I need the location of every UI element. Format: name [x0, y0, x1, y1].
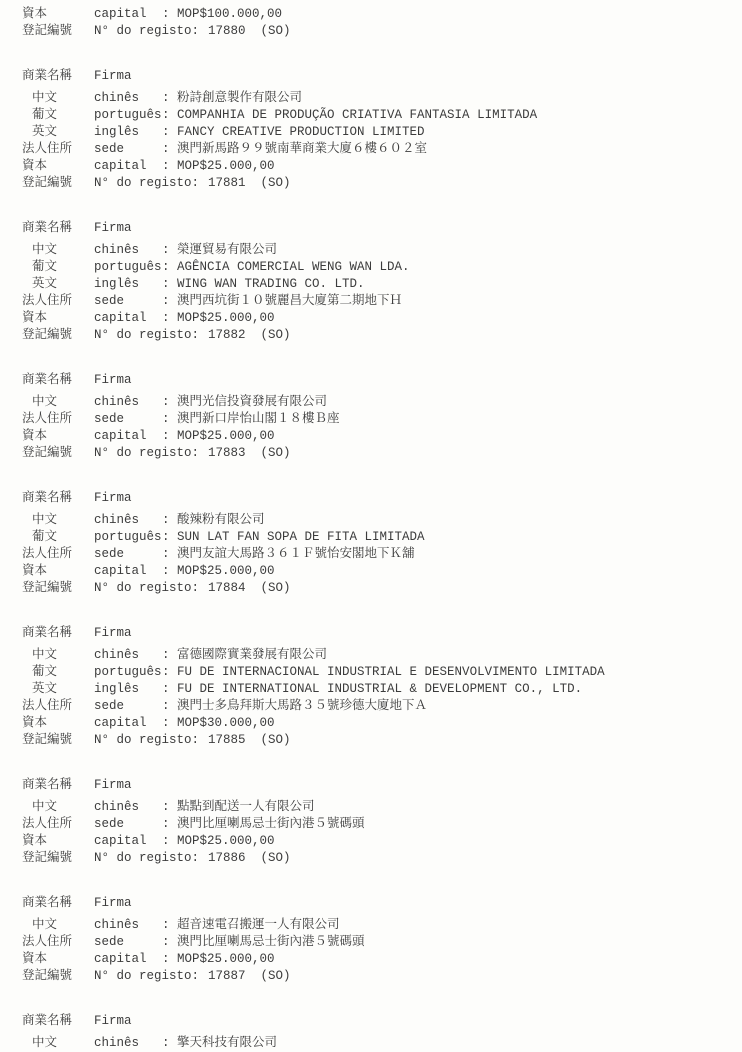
scanned-document-page: { "colors": { "paper": "#fdfdfb", "ink":… — [0, 0, 742, 1052]
field-value: MOP$30.000,00 — [162, 715, 736, 732]
field-value: FANCY CREATIVE PRODUCTION LIMITED — [162, 124, 736, 141]
registry-entry: 商業名稱 Firma 中文 chinês 超音速電召搬運一人有限公司 法人住所 … — [22, 895, 736, 985]
label-zh: 資本 — [22, 6, 94, 23]
registry-row: 中文 chinês 點點到配送一人有限公司 — [22, 799, 736, 816]
label-pt: inglês — [94, 124, 162, 141]
field-value: 超音速電召搬運一人有限公司 — [162, 917, 736, 934]
label-pt: chinês — [94, 1035, 162, 1052]
label-zh: 葡文 — [22, 107, 94, 124]
registry-entry: 資本 capital MOP$100.000,00 登記編號 N° do reg… — [22, 6, 736, 40]
label-zh: 資本 — [22, 158, 94, 175]
label-pt: N° do registo: — [94, 327, 199, 344]
field-value: MOP$100.000,00 — [162, 6, 736, 23]
field-value: 17881 (SO) — [208, 175, 736, 192]
label-zh: 商業名稱 — [22, 625, 94, 642]
registry-row: 商業名稱 Firma — [22, 625, 736, 642]
registry-entry: 商業名稱 Firma 中文 chinês 澳門光信投資發展有限公司 法人住所 s… — [22, 372, 736, 462]
label-pt: N° do registo: — [94, 445, 199, 462]
label-zh: 葡文 — [22, 529, 94, 546]
field-value: 富德國際實業發展有限公司 — [162, 647, 736, 664]
label-pt: sede — [94, 934, 162, 951]
registry-row: 商業名稱 Firma — [22, 490, 736, 507]
label-zh: 資本 — [22, 310, 94, 327]
label-zh: 登記編號 — [22, 968, 94, 985]
registry-row: 法人住所 sede 澳門新口岸怡山閣１８樓Ｂ座 — [22, 411, 736, 428]
label-zh: 登記編號 — [22, 23, 94, 40]
field-value: 酸辣粉有限公司 — [162, 512, 736, 529]
registry-entry: 商業名稱 Firma 中文 chinês 擎天科技有限公司 — [22, 1013, 736, 1052]
label-pt: capital — [94, 158, 162, 175]
label-zh: 英文 — [22, 276, 94, 293]
label-pt: N° do registo: — [94, 968, 199, 985]
field-value: 澳門士多鳥拜斯大馬路３５號珍德大廈地下Ａ — [162, 698, 736, 715]
field-value: MOP$25.000,00 — [162, 563, 736, 580]
field-value: 粉詩創意製作有限公司 — [162, 90, 736, 107]
field-value: 澳門比厘喇馬忌士街內港５號碼頭 — [162, 934, 736, 951]
label-zh: 法人住所 — [22, 816, 94, 833]
registry-row: 資本 capital MOP$25.000,00 — [22, 563, 736, 580]
label-zh: 中文 — [22, 647, 94, 664]
label-pt: N° do registo: — [94, 850, 199, 867]
label-pt: capital — [94, 310, 162, 327]
registry-row: 葡文 português COMPANHIA DE PRODUÇÃO CRIAT… — [22, 107, 736, 124]
label-zh: 登記編號 — [22, 445, 94, 462]
label-zh: 法人住所 — [22, 411, 94, 428]
label-zh: 資本 — [22, 951, 94, 968]
label-pt: português — [94, 529, 162, 546]
registry-row: 登記編號 N° do registo: 17884 (SO) — [22, 580, 736, 597]
label-pt: N° do registo: — [94, 175, 199, 192]
registry-entries-list: 資本 capital MOP$100.000,00 登記編號 N° do reg… — [22, 6, 736, 1052]
label-zh: 中文 — [22, 242, 94, 259]
registry-row: 葡文 português SUN LAT FAN SOPA DE FITA LI… — [22, 529, 736, 546]
registry-row: 法人住所 sede 澳門友誼大馬路３６１Ｆ號怡安閣地下Ｋ舖 — [22, 546, 736, 563]
label-zh: 葡文 — [22, 664, 94, 681]
label-pt: inglês — [94, 681, 162, 698]
field-value: 17880 (SO) — [208, 23, 736, 40]
label-pt: sede — [94, 141, 162, 158]
label-pt: N° do registo: — [94, 732, 199, 749]
label-pt: chinês — [94, 799, 162, 816]
registry-row: 登記編號 N° do registo: 17882 (SO) — [22, 327, 736, 344]
field-value: 榮運貿易有限公司 — [162, 242, 736, 259]
registry-row: 中文 chinês 擎天科技有限公司 — [22, 1035, 736, 1052]
label-pt: N° do registo: — [94, 23, 199, 40]
registry-row: 中文 chinês 榮運貿易有限公司 — [22, 242, 736, 259]
registry-row: 法人住所 sede 澳門比厘喇馬忌士街內港５號碼頭 — [22, 816, 736, 833]
label-pt: Firma — [94, 68, 162, 85]
label-zh: 商業名稱 — [22, 68, 94, 85]
label-pt: Firma — [94, 1013, 162, 1030]
field-value: 17885 (SO) — [208, 732, 736, 749]
registry-row: 資本 capital MOP$25.000,00 — [22, 833, 736, 850]
label-pt: capital — [94, 833, 162, 850]
registry-entry: 商業名稱 Firma 中文 chinês 榮運貿易有限公司 葡文 portugu… — [22, 220, 736, 344]
label-zh: 資本 — [22, 715, 94, 732]
registry-row: 登記編號 N° do registo: 17887 (SO) — [22, 968, 736, 985]
label-pt: chinês — [94, 647, 162, 664]
label-pt: inglês — [94, 276, 162, 293]
registry-row: 登記編號 N° do registo: 17886 (SO) — [22, 850, 736, 867]
label-zh: 資本 — [22, 833, 94, 850]
field-value: 澳門光信投資發展有限公司 — [162, 394, 736, 411]
field-value: 17882 (SO) — [208, 327, 736, 344]
registry-row: 葡文 português AGÊNCIA COMERCIAL WENG WAN … — [22, 259, 736, 276]
label-zh: 商業名稱 — [22, 895, 94, 912]
label-zh: 中文 — [22, 90, 94, 107]
label-zh: 中文 — [22, 917, 94, 934]
registry-entry: 商業名稱 Firma 中文 chinês 粉詩創意製作有限公司 葡文 portu… — [22, 68, 736, 192]
field-value: FU DE INTERNATIONAL INDUSTRIAL & DEVELOP… — [162, 681, 736, 698]
registry-row: 登記編號 N° do registo: 17880 (SO) — [22, 23, 736, 40]
label-zh: 商業名稱 — [22, 1013, 94, 1030]
registry-row: 資本 capital MOP$100.000,00 — [22, 6, 736, 23]
label-zh: 中文 — [22, 512, 94, 529]
label-pt: Firma — [94, 220, 162, 237]
registry-row: 商業名稱 Firma — [22, 895, 736, 912]
label-pt: Firma — [94, 777, 162, 794]
field-value: SUN LAT FAN SOPA DE FITA LIMITADA — [162, 529, 736, 546]
label-pt: sede — [94, 546, 162, 563]
field-value: 17884 (SO) — [208, 580, 736, 597]
registry-row: 法人住所 sede 澳門西坑街１０號麗昌大廈第二期地下Ｈ — [22, 293, 736, 310]
registry-row: 資本 capital MOP$25.000,00 — [22, 158, 736, 175]
field-value: COMPANHIA DE PRODUÇÃO CRIATIVA FANTASIA … — [162, 107, 736, 124]
label-zh: 法人住所 — [22, 698, 94, 715]
registry-row: 法人住所 sede 澳門士多鳥拜斯大馬路３５號珍德大廈地下Ａ — [22, 698, 736, 715]
field-value: MOP$25.000,00 — [162, 951, 736, 968]
registry-row: 登記編號 N° do registo: 17885 (SO) — [22, 732, 736, 749]
label-pt: Firma — [94, 895, 162, 912]
label-pt: português — [94, 664, 162, 681]
registry-row: 中文 chinês 粉詩創意製作有限公司 — [22, 90, 736, 107]
registry-row: 英文 inglês FU DE INTERNATIONAL INDUSTRIAL… — [22, 681, 736, 698]
registry-row: 法人住所 sede 澳門比厘喇馬忌士街內港５號碼頭 — [22, 934, 736, 951]
field-value: WING WAN TRADING CO. LTD. — [162, 276, 736, 293]
label-zh: 法人住所 — [22, 546, 94, 563]
label-pt: português — [94, 107, 162, 124]
field-value: 17887 (SO) — [208, 968, 736, 985]
registry-entry: 商業名稱 Firma 中文 chinês 富德國際實業發展有限公司 葡文 por… — [22, 625, 736, 749]
label-pt: capital — [94, 951, 162, 968]
field-value: 點點到配送一人有限公司 — [162, 799, 736, 816]
registry-row: 葡文 português FU DE INTERNACIONAL INDUSTR… — [22, 664, 736, 681]
registry-row: 法人住所 sede 澳門新馬路９９號南華商業大廈６樓６０２室 — [22, 141, 736, 158]
label-pt: sede — [94, 411, 162, 428]
registry-row: 商業名稱 Firma — [22, 68, 736, 85]
field-value: 澳門新馬路９９號南華商業大廈６樓６０２室 — [162, 141, 736, 158]
label-pt: Firma — [94, 372, 162, 389]
field-value: MOP$25.000,00 — [162, 428, 736, 445]
label-pt: chinês — [94, 242, 162, 259]
registry-row: 商業名稱 Firma — [22, 220, 736, 237]
registry-row: 資本 capital MOP$25.000,00 — [22, 310, 736, 327]
label-pt: capital — [94, 6, 162, 23]
label-pt: Firma — [94, 490, 162, 507]
label-zh: 商業名稱 — [22, 490, 94, 507]
registry-row: 登記編號 N° do registo: 17881 (SO) — [22, 175, 736, 192]
field-value: 澳門比厘喇馬忌士街內港５號碼頭 — [162, 816, 736, 833]
label-pt: capital — [94, 428, 162, 445]
label-pt: chinês — [94, 394, 162, 411]
field-value: 澳門西坑街１０號麗昌大廈第二期地下Ｈ — [162, 293, 736, 310]
registry-row: 中文 chinês 澳門光信投資發展有限公司 — [22, 394, 736, 411]
field-value: MOP$25.000,00 — [162, 158, 736, 175]
registry-row: 資本 capital MOP$25.000,00 — [22, 428, 736, 445]
label-zh: 登記編號 — [22, 175, 94, 192]
label-zh: 商業名稱 — [22, 777, 94, 794]
label-zh: 法人住所 — [22, 934, 94, 951]
label-zh: 資本 — [22, 563, 94, 580]
label-pt: chinês — [94, 917, 162, 934]
label-zh: 中文 — [22, 394, 94, 411]
registry-entry: 商業名稱 Firma 中文 chinês 點點到配送一人有限公司 法人住所 se… — [22, 777, 736, 867]
registry-row: 中文 chinês 酸辣粉有限公司 — [22, 512, 736, 529]
label-pt: capital — [94, 563, 162, 580]
label-zh: 葡文 — [22, 259, 94, 276]
registry-row: 登記編號 N° do registo: 17883 (SO) — [22, 445, 736, 462]
label-zh: 中文 — [22, 1035, 94, 1052]
registry-row: 商業名稱 Firma — [22, 372, 736, 389]
registry-row: 資本 capital MOP$30.000,00 — [22, 715, 736, 732]
label-pt: sede — [94, 698, 162, 715]
field-value: 17886 (SO) — [208, 850, 736, 867]
label-pt: chinês — [94, 90, 162, 107]
field-value: 17883 (SO) — [208, 445, 736, 462]
registry-row: 商業名稱 Firma — [22, 1013, 736, 1030]
registry-row: 中文 chinês 富德國際實業發展有限公司 — [22, 647, 736, 664]
registry-row: 英文 inglês WING WAN TRADING CO. LTD. — [22, 276, 736, 293]
field-value: 澳門友誼大馬路３６１Ｆ號怡安閣地下Ｋ舖 — [162, 546, 736, 563]
label-pt: português — [94, 259, 162, 276]
registry-row: 英文 inglês FANCY CREATIVE PRODUCTION LIMI… — [22, 124, 736, 141]
label-zh: 商業名稱 — [22, 372, 94, 389]
label-pt: sede — [94, 293, 162, 310]
field-value: MOP$25.000,00 — [162, 310, 736, 327]
field-value: MOP$25.000,00 — [162, 833, 736, 850]
registry-row: 資本 capital MOP$25.000,00 — [22, 951, 736, 968]
label-pt: Firma — [94, 625, 162, 642]
label-pt: chinês — [94, 512, 162, 529]
field-value: 擎天科技有限公司 — [162, 1035, 736, 1052]
label-zh: 登記編號 — [22, 327, 94, 344]
label-zh: 登記編號 — [22, 732, 94, 749]
registry-entry: 商業名稱 Firma 中文 chinês 酸辣粉有限公司 葡文 portuguê… — [22, 490, 736, 597]
label-zh: 法人住所 — [22, 293, 94, 310]
label-zh: 英文 — [22, 681, 94, 698]
field-value: AGÊNCIA COMERCIAL WENG WAN LDA. — [162, 259, 736, 276]
field-value: FU DE INTERNACIONAL INDUSTRIAL E DESENVO… — [162, 664, 736, 681]
label-zh: 商業名稱 — [22, 220, 94, 237]
label-pt: sede — [94, 816, 162, 833]
label-zh: 登記編號 — [22, 850, 94, 867]
label-zh: 登記編號 — [22, 580, 94, 597]
label-zh: 英文 — [22, 124, 94, 141]
label-pt: N° do registo: — [94, 580, 199, 597]
label-zh: 中文 — [22, 799, 94, 816]
registry-row: 商業名稱 Firma — [22, 777, 736, 794]
label-zh: 資本 — [22, 428, 94, 445]
label-pt: capital — [94, 715, 162, 732]
registry-row: 中文 chinês 超音速電召搬運一人有限公司 — [22, 917, 736, 934]
field-value: 澳門新口岸怡山閣１８樓Ｂ座 — [162, 411, 736, 428]
label-zh: 法人住所 — [22, 141, 94, 158]
